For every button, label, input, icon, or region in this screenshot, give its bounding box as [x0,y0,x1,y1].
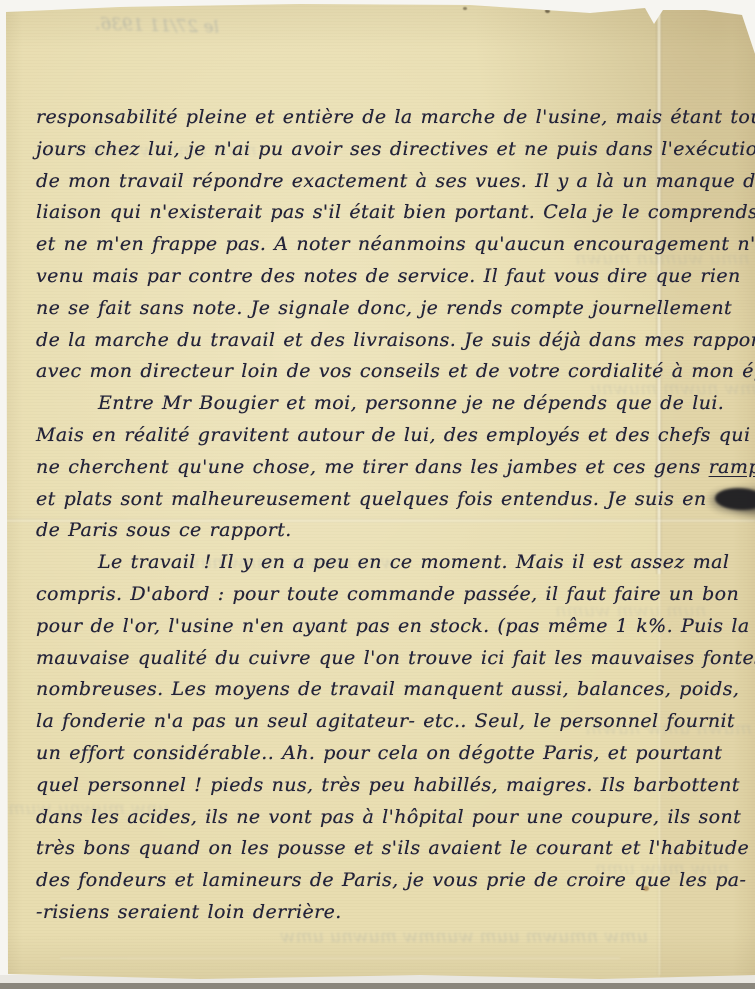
text-line: jours chez lui, je n'ai pu avoir ses dir… [36,138,742,170]
text-line: ne se fait sans note. Je signale donc, j… [36,297,742,329]
text-line: avec mon directeur loin de vos conseils … [36,360,742,392]
text-line: de la marche du travail et des livraison… [36,329,742,361]
text-line: dans les acides, ils ne vont pas à l'hôp… [36,806,742,838]
text-segment: et plats sont malheureusement quelques f… [36,488,707,510]
text-line: quel personnel ! pieds nus, très peu hab… [36,774,742,806]
text-line: venu mais par contre des notes de servic… [36,265,742,297]
scan-table-edge [0,983,755,989]
text-line: nombreuses. Les moyens de travail manque… [36,678,742,710]
text-line: ne cherchent qu'une chose, me tirer dans… [36,456,742,488]
text-line: mauvaise qualité du cuivre que l'on trou… [36,647,742,679]
text-line-paragraph-start: Le travail ! Il y en a peu en ce moment.… [36,551,742,583]
text-segment: ne cherchent qu'une chose, me tirer dans… [36,456,709,478]
corner-mark [0,2,5,17]
text-line: Mais en réalité gravitent autour de lui,… [36,424,742,456]
underlined-word: rampants [709,456,755,478]
rust-spot [643,886,649,891]
letter-paper: le 27/11 1936. muw umnuw wumm nu nmu wum… [0,0,755,982]
letter-text-block: responsabilité pleine et entière de la m… [36,106,742,933]
bleedthrough-date: le 27/11 1936. [95,14,219,37]
bottom-crease [60,956,620,960]
text-line: et ne m'en frappe pas. A noter néanmoins… [36,233,742,265]
text-line: pour de l'or, l'usine n'en ayant pas en … [36,615,742,647]
text-line: très bons quand on les pousse et s'ils a… [36,837,742,869]
text-line: de mon travail répondre exactement à ses… [36,170,742,202]
text-line: des fondeurs et lamineurs de Paris, je v… [36,869,742,901]
text-line-paragraph-start: Entre Mr Bougier et moi, personne je ne … [36,392,742,424]
text-line: un effort considérable.. Ah. pour cela o… [36,742,742,774]
text-line: liaison qui n'existerait pas s'il était … [36,201,742,233]
scanned-letter-scene: le 27/11 1936. muw umnuw wumm nu nmu wum… [0,0,755,989]
ink-blot [715,488,755,510]
text-line: et plats sont malheureusement quelques f… [36,488,742,520]
text-line: -risiens seraient loin derrière. [36,901,742,933]
text-line: responsabilité pleine et entière de la m… [36,106,742,138]
edge-fleck [463,7,467,10]
edge-fleck [545,9,550,13]
text-line: compris. D'abord : pour toute commande p… [36,583,742,615]
text-line: la fonderie n'a pas un seul agitateur- e… [36,710,742,742]
text-line: de Paris sous ce rapport. [36,519,742,551]
